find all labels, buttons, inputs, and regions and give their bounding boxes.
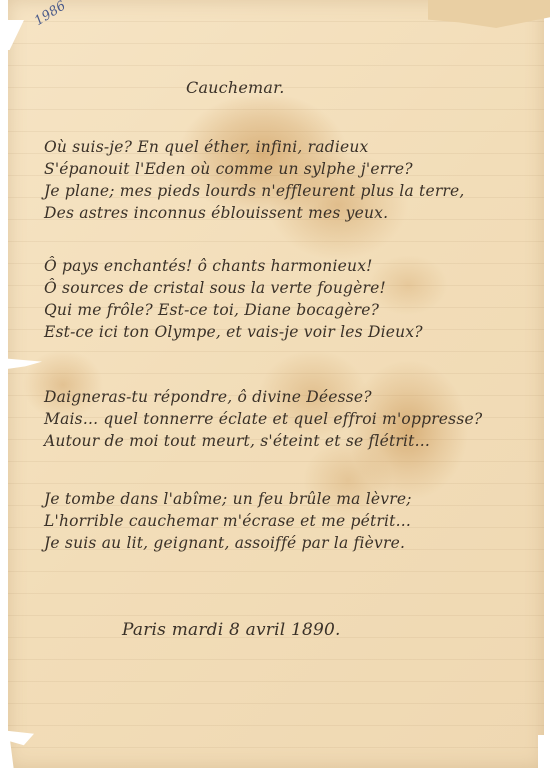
manuscript-page xyxy=(8,0,544,768)
verse-line: Je suis au lit, geignant, assoiffé par l… xyxy=(44,532,412,554)
poem-title: Cauchemar. xyxy=(186,78,285,97)
verse-line: Est-ce ici ton Olympe, et vais-je voir l… xyxy=(44,321,423,343)
verse-line: Je plane; mes pieds lourds n'effleurent … xyxy=(44,180,465,202)
verse-line: L'horrible cauchemar m'écrase et me pétr… xyxy=(44,510,412,532)
stanza-1: Où suis-je? En quel éther, infini, radie… xyxy=(44,136,465,224)
stanza-3: Daigneras-tu répondre, ô divine Déesse? … xyxy=(44,386,482,452)
verse-line: Ô pays enchantés! ô chants harmonieux! xyxy=(44,255,423,277)
verse-line: Des astres inconnus éblouissent mes yeux… xyxy=(44,202,465,224)
verse-line: Mais... quel tonnerre éclate et quel eff… xyxy=(44,408,482,430)
torn-edge xyxy=(538,735,550,768)
verse-line: Daigneras-tu répondre, ô divine Déesse? xyxy=(44,386,482,408)
verse-line: Autour de moi tout meurt, s'éteint et se… xyxy=(44,430,482,452)
verse-line: Ô sources de cristal sous la verte fougè… xyxy=(44,277,423,299)
stanza-2: Ô pays enchantés! ô chants harmonieux! Ô… xyxy=(44,255,423,343)
verse-line: Je tombe dans l'abîme; un feu brûle ma l… xyxy=(44,488,412,510)
folded-corner xyxy=(428,0,550,28)
stanza-4: Je tombe dans l'abîme; un feu brûle ma l… xyxy=(44,488,412,554)
verse-line: S'épanouit l'Eden où comme un sylphe j'e… xyxy=(44,158,465,180)
verse-line: Qui me frôle? Est-ce toi, Diane bocagère… xyxy=(44,299,423,321)
date-signature: Paris mardi 8 avril 1890. xyxy=(122,620,341,640)
verse-line: Où suis-je? En quel éther, infini, radie… xyxy=(44,136,465,158)
